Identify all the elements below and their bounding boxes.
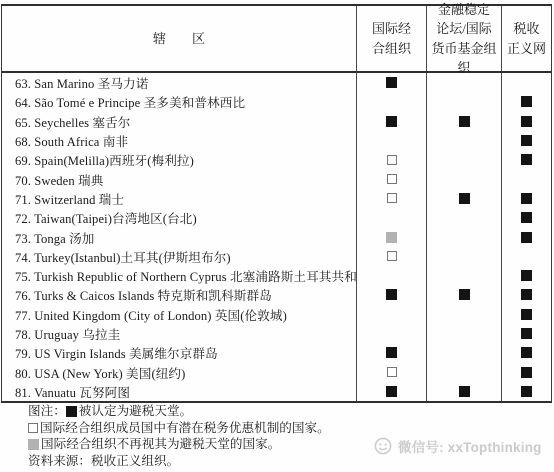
source-text: 资料来源：税收正义组织。 — [28, 453, 179, 470]
filled-square-mark — [386, 116, 397, 127]
cell-fsf-imf — [426, 189, 501, 208]
cell-tax-justice-network — [501, 169, 551, 188]
cell-oecd — [356, 247, 426, 266]
cell-oecd — [356, 382, 426, 401]
header-jurisdiction: 辖 区 — [2, 6, 356, 71]
filled-square-mark — [459, 116, 470, 127]
cell-tax-justice-network — [501, 362, 551, 381]
cell-oecd — [356, 362, 426, 381]
hollow-square-icon — [28, 423, 38, 433]
row-jurisdiction-label: 80. USA (New York) 美国(纽约) — [2, 363, 356, 382]
cell-tax-justice-network — [501, 112, 551, 131]
table-row: 72. Taiwan(Taipei)台湾地区(台北) — [2, 208, 551, 227]
cell-tax-justice-network — [501, 227, 551, 246]
hollow-square-mark — [387, 193, 397, 203]
table-row: 73. Tonga 汤加 — [2, 227, 551, 246]
table-row: 69. Spain(Melilla)西班牙(梅利拉) — [2, 150, 551, 169]
table-row: 81. Vanuatu 瓦努阿图 — [2, 382, 551, 401]
cell-oecd — [356, 189, 426, 208]
cell-fsf-imf — [426, 266, 501, 285]
row-jurisdiction-label: 81. Vanuatu 瓦努阿图 — [2, 382, 356, 401]
cell-tax-justice-network — [501, 285, 551, 304]
table-row: 65. Seychelles 塞舌尔 — [2, 112, 551, 131]
table-row: 70. Sweden 瑞典 — [2, 169, 551, 188]
legend-gray-text: 国际经合组织不再视其为避税天堂的国家。 — [41, 436, 280, 453]
legend-notes: 图注：被认定为避税天堂。 国际经合组织成员国中有潜在税务优惠机制的国家。 国际经… — [28, 403, 330, 469]
row-jurisdiction-label: 74. Turkey(Istanbul)土耳其(伊斯坦布尔) — [2, 247, 356, 266]
table-row: 76. Turks & Caicos Islands 特克斯和凯科斯群岛 — [2, 285, 551, 304]
legend-prefix: 图注： — [28, 403, 66, 420]
cell-fsf-imf — [426, 247, 501, 266]
header-fsf-imf: 金融稳定 论坛/国际 货币基金组织 — [426, 6, 501, 71]
cell-tax-justice-network — [501, 73, 551, 92]
row-jurisdiction-label: 64. São Tomé e Principe 圣多美和普林西比 — [2, 92, 356, 111]
filled-square-mark — [521, 386, 532, 397]
cell-oecd — [356, 92, 426, 111]
cell-tax-justice-network — [501, 343, 551, 362]
filled-square-mark — [521, 212, 532, 223]
table-row: 75. Turkish Republic of Northern Cyprus … — [2, 266, 551, 285]
source-line: 资料来源：税收正义组织。 — [28, 453, 330, 470]
table-row: 64. São Tomé e Principe 圣多美和普林西比 — [2, 92, 551, 111]
cell-oecd — [356, 324, 426, 343]
cell-tax-justice-network — [501, 189, 551, 208]
table-row: 68. South Africa 南非 — [2, 131, 551, 150]
table-body: 63. San Marino 圣马力诺 64. São Tomé e Princ… — [2, 73, 551, 401]
row-jurisdiction-label: 76. Turks & Caicos Islands 特克斯和凯科斯群岛 — [2, 285, 356, 304]
cell-tax-justice-network — [501, 208, 551, 227]
cell-oecd — [356, 150, 426, 169]
cell-fsf-imf — [426, 73, 501, 92]
filled-square-mark — [459, 386, 470, 397]
table-row: 78. Uruguay 乌拉圭 — [2, 324, 551, 343]
header-oecd: 国际经 合组织 — [356, 6, 426, 71]
hollow-square-mark — [387, 155, 397, 165]
row-jurisdiction-label: 70. Sweden 瑞典 — [2, 170, 356, 189]
cell-fsf-imf — [426, 324, 501, 343]
table-row: 74. Turkey(Istanbul)土耳其(伊斯坦布尔) — [2, 247, 551, 266]
cell-oecd — [356, 131, 426, 150]
filled-square-mark — [521, 367, 532, 378]
filled-square-mark — [521, 347, 532, 358]
filled-square-mark — [459, 193, 470, 204]
filled-square-mark — [521, 309, 532, 320]
filled-square-mark — [521, 270, 532, 281]
cell-tax-justice-network — [501, 92, 551, 111]
filled-square-mark — [521, 289, 532, 300]
row-jurisdiction-label: 65. Seychelles 塞舌尔 — [2, 112, 356, 131]
filled-square-mark — [521, 154, 532, 165]
filled-square-mark — [386, 386, 397, 397]
gray-square-mark — [386, 232, 397, 243]
table-header-row: 辖 区 国际经 合组织 金融稳定 论坛/国际 货币基金组织 税收 正义网 — [2, 6, 551, 73]
filled-square-mark — [521, 96, 532, 107]
table-row: 71. Switzerland 瑞士 — [2, 189, 551, 208]
filled-square-mark — [459, 289, 470, 300]
cell-oecd — [356, 112, 426, 131]
table-row: 77. United Kingdom (City of London) 英国(伦… — [2, 305, 551, 324]
watermark-text: 微信号: xxTopthinking — [398, 436, 542, 456]
row-jurisdiction-label: 75. Turkish Republic of Northern Cyprus … — [2, 266, 356, 285]
cell-oecd — [356, 227, 426, 246]
cell-fsf-imf — [426, 382, 501, 401]
cell-tax-justice-network — [501, 324, 551, 343]
filled-square-mark — [521, 135, 532, 146]
row-jurisdiction-label: 78. Uruguay 乌拉圭 — [2, 324, 356, 343]
cell-fsf-imf — [426, 169, 501, 188]
row-jurisdiction-label: 63. San Marino 圣马力诺 — [2, 73, 356, 92]
cell-oecd — [356, 266, 426, 285]
row-jurisdiction-label: 73. Tonga 汤加 — [2, 228, 356, 247]
wechat-avatar-icon — [374, 437, 392, 455]
cell-oecd — [356, 208, 426, 227]
cell-tax-justice-network — [501, 247, 551, 266]
legend-line-gray: 国际经合组织不再视其为避税天堂的国家。 — [28, 436, 330, 453]
row-jurisdiction-label: 72. Taiwan(Taipei)台湾地区(台北) — [2, 208, 356, 227]
filled-square-mark — [521, 328, 532, 339]
filled-square-mark — [386, 347, 397, 358]
cell-tax-justice-network — [501, 150, 551, 169]
legend-filled-text: 被认定为避税天堂。 — [79, 403, 192, 420]
cell-oecd — [356, 73, 426, 92]
header-tax-justice-network: 税收 正义网 — [501, 6, 551, 71]
cell-tax-justice-network — [501, 266, 551, 285]
legend-line-hollow: 国际经合组织成员国中有潜在税务优惠机制的国家。 — [28, 420, 330, 437]
cell-fsf-imf — [426, 208, 501, 227]
cell-fsf-imf — [426, 305, 501, 324]
legend-hollow-text: 国际经合组织成员国中有潜在税务优惠机制的国家。 — [40, 420, 330, 437]
cell-oecd — [356, 343, 426, 362]
gray-square-icon — [28, 439, 39, 450]
filled-square-mark — [521, 232, 532, 243]
table-row: 80. USA (New York) 美国(纽约) — [2, 362, 551, 381]
cell-fsf-imf — [426, 285, 501, 304]
filled-square-mark — [386, 289, 397, 300]
cell-fsf-imf — [426, 343, 501, 362]
cell-oecd — [356, 285, 426, 304]
cell-fsf-imf — [426, 150, 501, 169]
cell-tax-justice-network — [501, 305, 551, 324]
cell-fsf-imf — [426, 92, 501, 111]
cell-fsf-imf — [426, 112, 501, 131]
cell-fsf-imf — [426, 131, 501, 150]
cell-oecd — [356, 169, 426, 188]
row-jurisdiction-label: 79. US Virgin Islands 美属维尔京群岛 — [2, 343, 356, 362]
cell-tax-justice-network — [501, 382, 551, 401]
row-jurisdiction-label: 69. Spain(Melilla)西班牙(梅利拉) — [2, 150, 356, 169]
table-row: 63. San Marino 圣马力诺 — [2, 73, 551, 92]
hollow-square-mark — [387, 174, 397, 184]
cell-fsf-imf — [426, 362, 501, 381]
row-jurisdiction-label: 71. Switzerland 瑞士 — [2, 189, 356, 208]
hollow-square-mark — [387, 367, 397, 377]
filled-square-mark — [521, 116, 532, 127]
table-row: 79. US Virgin Islands 美属维尔京群岛 — [2, 343, 551, 362]
hollow-square-mark — [387, 251, 397, 261]
legend-line-filled: 图注：被认定为避税天堂。 — [28, 403, 330, 420]
filled-square-mark — [386, 77, 397, 88]
cell-oecd — [356, 305, 426, 324]
cell-fsf-imf — [426, 227, 501, 246]
row-jurisdiction-label: 77. United Kingdom (City of London) 英国(伦… — [2, 305, 356, 324]
filled-square-mark — [521, 193, 532, 204]
row-jurisdiction-label: 68. South Africa 南非 — [2, 131, 356, 150]
filled-square-icon — [66, 406, 77, 417]
wechat-watermark: 微信号: xxTopthinking — [374, 436, 542, 456]
tax-haven-table: 辖 区 国际经 合组织 金融稳定 论坛/国际 货币基金组织 税收 正义网 63.… — [1, 4, 552, 403]
cell-tax-justice-network — [501, 131, 551, 150]
